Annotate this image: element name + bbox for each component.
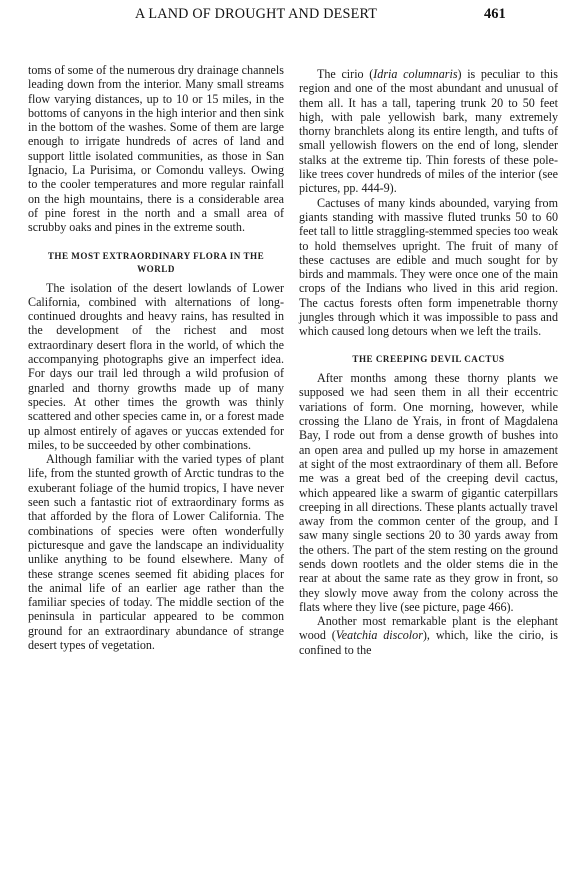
species-name-italic: Idria columnaris — [373, 67, 457, 81]
paragraph: toms of some of the numerous dry drainag… — [28, 63, 284, 235]
species-name-italic: Veatchia discolor — [336, 628, 423, 642]
section-heading: THE CREEPING DEVIL CACTUS — [299, 353, 558, 367]
paragraph: The isolation of the desert lowlands of … — [28, 281, 284, 453]
text-run: ) is peculiar to this region and one of … — [299, 67, 558, 195]
page-number: 461 — [484, 6, 506, 23]
paragraph: The cirio (Idria columnaris) is peculiar… — [299, 67, 558, 196]
right-column: The cirio (Idria columnaris) is peculiar… — [299, 67, 558, 657]
paragraph: Another most remarkable plant is the ele… — [299, 614, 558, 657]
left-column: toms of some of the numerous dry drainag… — [28, 63, 284, 652]
section-heading: THE MOST EXTRAORDINARY FLORA IN THE WORL… — [28, 250, 284, 277]
running-head: A LAND OF DROUGHT AND DESERT 461 — [0, 6, 575, 26]
paragraph: After months among these thorny plants w… — [299, 371, 558, 614]
paragraph: Although familiar with the varied types … — [28, 452, 284, 652]
running-title: A LAND OF DROUGHT AND DESERT — [135, 6, 377, 23]
paragraph: Cactuses of many kinds abounded, varying… — [299, 196, 558, 339]
text-run: The cirio ( — [317, 67, 373, 81]
